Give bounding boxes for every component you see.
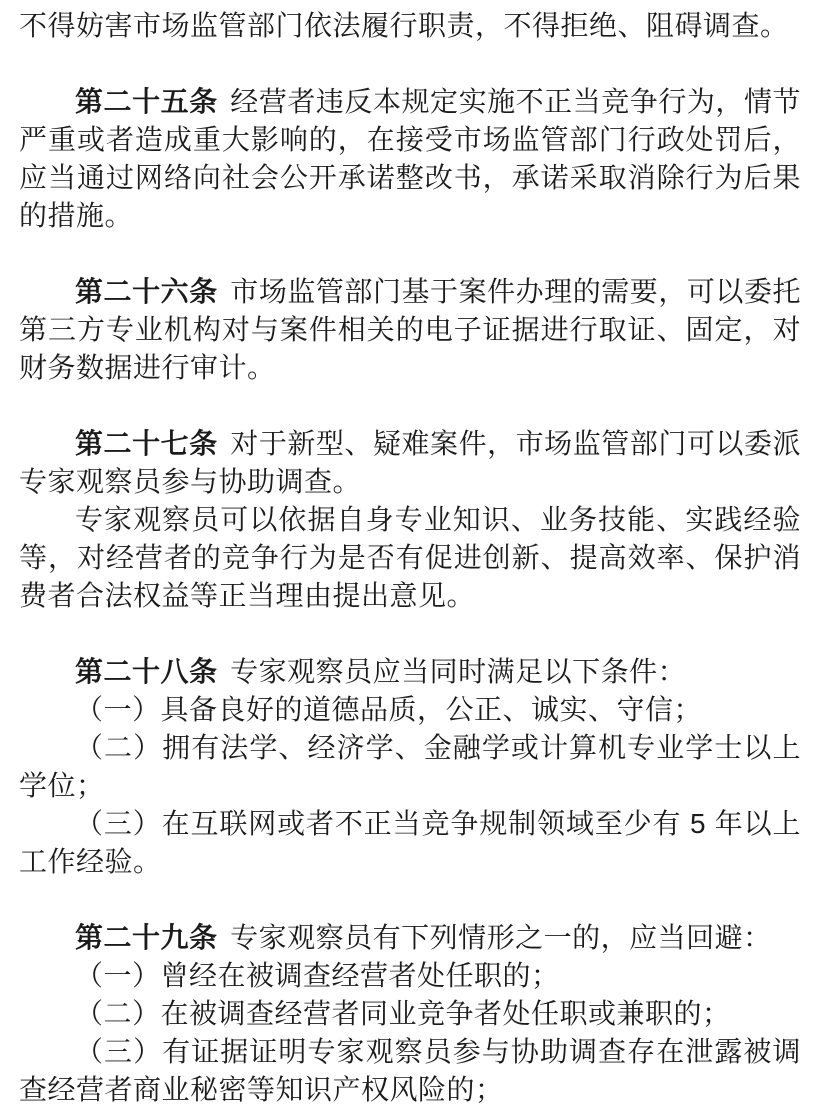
article-28-item-1: （一）具备良好的道德品质，公正、诚实、守信； [19, 691, 801, 729]
article-28-item-3: （三）在互联网或者不正当竞争规制领域至少有 5 年以上工作经验。 [19, 805, 801, 881]
paragraph-text: （三）有证据证明专家观察员参与协助调查存在泄露被调查经营者商业秘密等知识产权风险… [19, 1036, 801, 1105]
article-27: 第二十七条对于新型、疑难案件，市场监管部门可以委派专家观察员参与协助调查。 [19, 425, 801, 501]
paragraph-text: 不得妨害市场监管部门依法履行职责，不得拒绝、阻碍调查。 [19, 10, 789, 41]
article-28-item-2: （二）拥有法学、经济学、金融学或计算机专业学士以上学位； [19, 729, 801, 805]
article-26: 第二十六条市场监管部门基于案件办理的需要，可以委托第三方专业机构对与案件相关的电… [19, 273, 801, 387]
article-29-item-3: （三）有证据证明专家观察员参与协助调查存在泄露被调查经营者商业秘密等知识产权风险… [19, 1033, 801, 1109]
article-number: 第二十五条 [75, 86, 218, 117]
paragraph-text: （一）具备良好的道德品质，公正、诚实、守信； [75, 694, 702, 725]
article-29-item-1: （一）曾经在被调查经营者处任职的； [19, 957, 801, 995]
article-29: 第二十九条专家观察员有下列情形之一的，应当回避： [19, 919, 801, 957]
article-number: 第二十八条 [75, 656, 218, 687]
article-number: 第二十七条 [75, 428, 218, 459]
paragraph-text: （一）曾经在被调查经营者处任职的； [75, 960, 560, 991]
paragraph-text: 专家观察员有下列情形之一的，应当回避： [230, 922, 772, 953]
article-25: 第二十五条经营者违反本规定实施不正当竞争行为，情节严重或者造成重大影响的，在接受… [19, 83, 801, 235]
paragraph-text: （二）在被调查经营者同业竞争者处任职或兼职的； [75, 998, 731, 1029]
paragraph-continuation: 不得妨害市场监管部门依法履行职责，不得拒绝、阻碍调查。 [19, 7, 801, 45]
article-number: 第二十六条 [75, 276, 218, 307]
paragraph-text: （三）在互联网或者不正当竞争规制领域至少有 5 年以上工作经验。 [19, 808, 801, 877]
article-27-paragraph-2: 专家观察员可以依据自身专业知识、业务技能、实践经验等，对经营者的竞争行为是否有促… [19, 501, 801, 615]
article-28: 第二十八条专家观察员应当同时满足以下条件： [19, 653, 801, 691]
paragraph-text: 专家观察员可以依据自身专业知识、业务技能、实践经验等，对经营者的竞争行为是否有促… [19, 504, 801, 611]
article-number: 第二十九条 [75, 922, 218, 953]
paragraph-text: 专家观察员应当同时满足以下条件： [230, 656, 686, 687]
document-page: 不得妨害市场监管部门依法履行职责，不得拒绝、阻碍调查。 第二十五条经营者违反本规… [19, 7, 801, 1109]
paragraph-text: （二）拥有法学、经济学、金融学或计算机专业学士以上学位； [19, 732, 801, 801]
article-29-item-2: （二）在被调查经营者同业竞争者处任职或兼职的； [19, 995, 801, 1033]
